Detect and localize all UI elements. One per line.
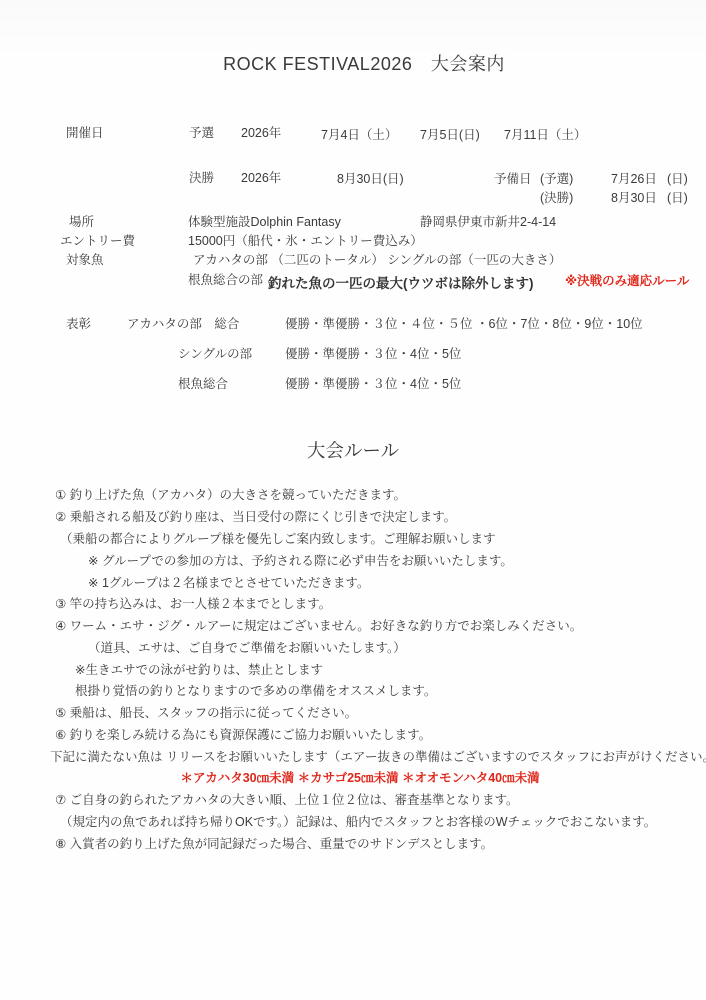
rule-line-8: （道具、エサは、ご自身でご準備をお願いいたします。） [88, 641, 406, 656]
qualifier-date-3: 7月11日（土） [504, 128, 586, 143]
award-category-1: アカハタの部 総合 [127, 317, 239, 332]
award-category-2: シングルの部 [178, 347, 252, 362]
tournament-guide-document: ROCK FESTIVAL2026 大会案内 開催日 予選 2026年 7月4日… [0, 0, 706, 1000]
rockfish-rule: 釣れた魚の一匹の最大(ウツボは除外します) [268, 272, 534, 292]
rule-line-10: 根掛り覚悟の釣りとなりますので多めの準備をオススメします。 [75, 684, 436, 699]
award-category-3: 根魚総合 [178, 377, 228, 392]
entry-fee-value: 15000円（船代・氷・エントリー費込み） [188, 234, 423, 249]
place-address: 静岡県伊東市新井2-4-14 [420, 215, 556, 230]
reserve-final-tag: (決勝) [540, 191, 573, 206]
rule-line-1: ① 釣り上げた魚（アカハタ）の大きさを競っていただきます。 [55, 488, 406, 503]
final-date: 8月30日(日) [337, 172, 404, 187]
rule-line-13: 下記に満たない魚は リリースをお願いいたします（エアー抜きの準備はございますので… [50, 750, 706, 765]
rule-line-7: ④ ワーム・エサ・ジグ・ルアーに規定はございません。お好きな釣り方でお楽しみくだ… [55, 619, 582, 634]
rule-line-6: ③ 竿の持ち込みは、お一人様２本までとします。 [55, 597, 331, 612]
reserve-qualifier-tag: (予選) [540, 172, 573, 187]
qualifier-date-2: 7月5日(日) [420, 128, 480, 143]
rules-heading: 大会ルール [0, 437, 706, 463]
reserve-final-day: (日) [667, 191, 688, 206]
page-title: ROCK FESTIVAL2026 大会案内 [0, 50, 706, 76]
rule-line-4: ※ グループでの参加の方は、予約される際に必ず申告をお願いいたします。 [88, 554, 513, 569]
rockfish-category: 根魚総合の部 [188, 273, 263, 288]
rockfish-note: ※決戦のみ適応ルール [565, 274, 689, 289]
rule-line-5: ※ 1グループは２名様までとさせていただきます。 [88, 576, 369, 591]
date-label: 開催日 [66, 126, 104, 141]
entry-fee-label: エントリー費 [60, 234, 135, 249]
rule-line-2: ② 乗船される船及び釣り座は、当日受付の際にくじ引きで決定します。 [55, 510, 456, 525]
rule-line-17: ⑧ 入賞者の釣り上げた魚が同記録だった場合、重量でのサドンデスとします。 [55, 837, 493, 852]
place-label: 場所 [69, 215, 94, 230]
rule-line-12: ⑥ 釣りを楽しみ続ける為にも資源保護にご協力お願いいたします。 [55, 728, 431, 743]
qualifier-date-1: 7月4日（土） [321, 128, 397, 143]
award-prizes-1: 優勝・準優勝・３位・４位・５位 ・6位・7位・8位・9位・10位 [285, 317, 643, 332]
rule-line-3: （乗船の都合によりグループ様を優先しご案内致します。ご理解お願いします [60, 532, 496, 547]
reserve-qualifier-day: (日) [667, 172, 688, 187]
award-prizes-3: 優勝・準優勝・３位・4位・5位 [285, 377, 461, 392]
reserve-final-date: 8月30日 [611, 191, 657, 206]
qualifier-year: 2026年 [241, 126, 281, 141]
rule-line-14-size-limits: ＊アカハタ30㎝未満 ＊カサゴ25㎝未満 ＊オオモンハタ40㎝未満 [0, 771, 706, 786]
qualifier-stage: 予選 [189, 126, 214, 141]
target-fish-line: アカハタの部 （二匹のトータル） シングルの部（一匹の大きさ） [193, 253, 561, 268]
awards-label: 表彰 [66, 317, 91, 332]
rule-line-16: （規定内の魚であれば持ち帰りOKです。）記録は、船内でスタッフとお客様のWチェッ… [60, 815, 656, 830]
reserve-label: 予備日 [494, 172, 532, 187]
target-fish-label: 対象魚 [66, 253, 104, 268]
final-year: 2026年 [241, 171, 281, 186]
final-stage: 決勝 [189, 171, 214, 186]
rule-line-9: ※生きエサでの泳がせ釣りは、禁止とします [75, 663, 323, 678]
place-name: 体験型施設Dolphin Fantasy [188, 215, 341, 230]
reserve-qualifier-date: 7月26日 [611, 172, 657, 187]
rule-line-15: ⑦ ご自身の釣られたアカハタの大きい順、上位１位２位は、審査基準となります。 [55, 793, 519, 808]
rule-line-11: ⑤ 乗船は、船長、スタッフの指示に従ってください。 [55, 706, 357, 721]
award-prizes-2: 優勝・準優勝・３位・4位・5位 [285, 347, 461, 362]
